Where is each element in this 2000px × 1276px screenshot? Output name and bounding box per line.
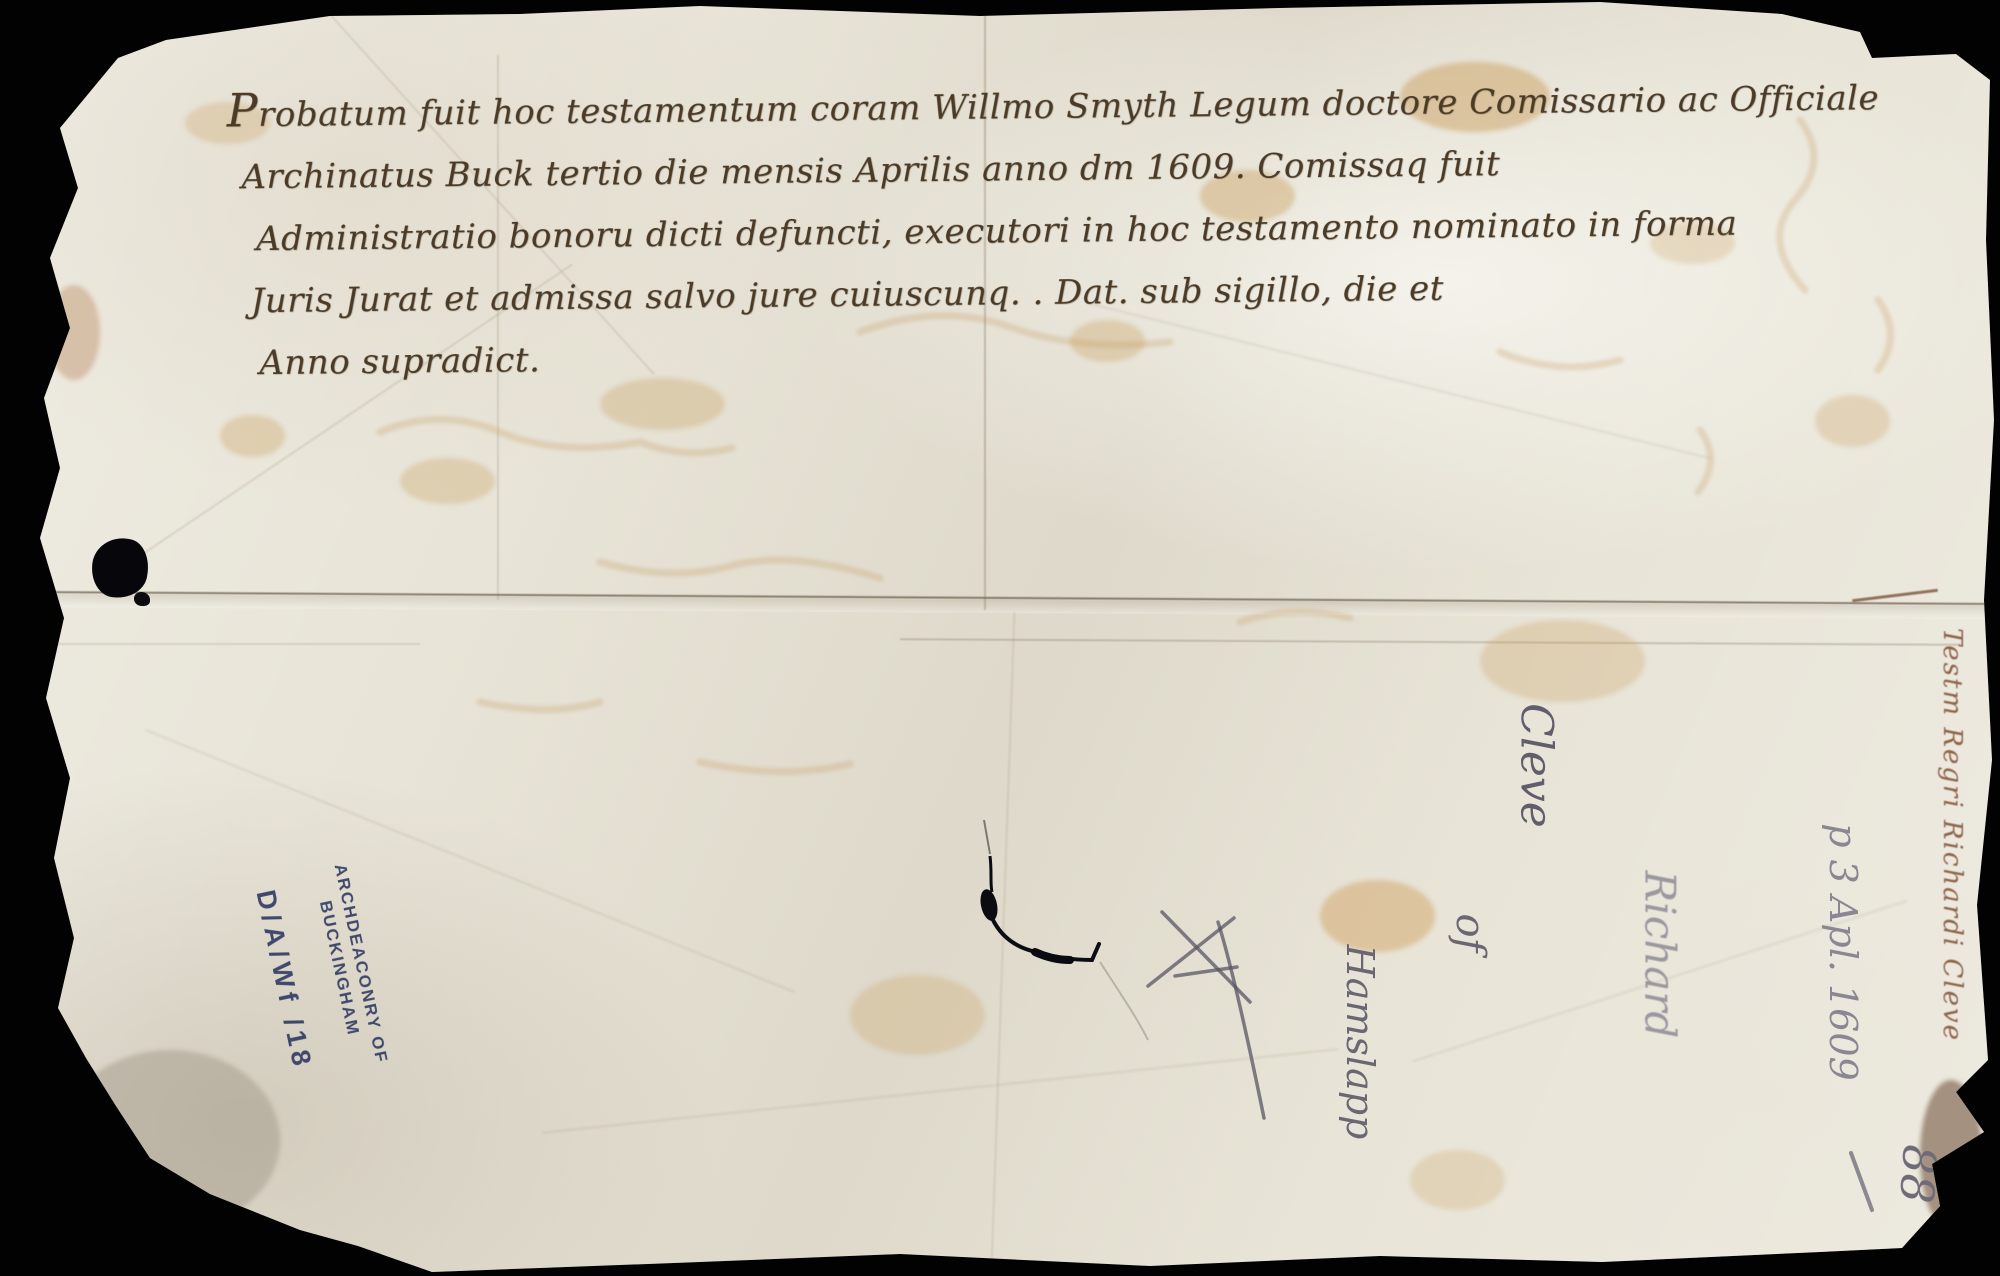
horizontal-fold-highlight: [0, 594, 2000, 619]
tear-crease-continuation: [1100, 962, 1148, 1040]
ink-stain: [1320, 880, 1435, 952]
corner-shading: [60, 1050, 280, 1230]
crease: [1412, 900, 1907, 1063]
tear-crack-lower: [992, 918, 1099, 960]
annotation-hamslapp: Hamslapp: [1338, 902, 1382, 1182]
manuscript-page: Probatum fuit hoc testamentum coram Will…: [0, 0, 2000, 1276]
manuscript-photo: Probatum fuit hoc testamentum coram Will…: [0, 0, 2000, 1276]
crease: [145, 729, 795, 993]
vertical-fold-lower: [991, 612, 1016, 1267]
probate-line-5: Anno supradict.: [259, 318, 1650, 395]
ink-stain: [1815, 395, 1890, 447]
edge-stain: [48, 285, 100, 380]
annotation-pencil-date: p 3 Apl. 1609: [1821, 762, 1865, 1142]
ink-stain: [400, 458, 495, 504]
ink-stain: [1410, 1150, 1505, 1210]
horizontal-fold-line: [28, 591, 1986, 605]
secondary-fold-line: [900, 638, 1960, 646]
tear-crack-wide: [1035, 952, 1070, 960]
annotation-richard: Richard: [1636, 795, 1685, 1115]
tear-crease: [984, 820, 990, 854]
ink-stain: [220, 415, 285, 457]
probate-clause: Probatum fuit hoc testamentum coram Will…: [226, 65, 1649, 395]
crossed-pencil-mark: [1148, 912, 1264, 1118]
ink-stain: [1480, 620, 1645, 702]
annotation-of: of: [1447, 898, 1493, 968]
secondary-fold-line-left: [0, 643, 420, 645]
crease: [542, 1048, 1338, 1134]
torn-corner-stain: [1920, 1080, 1982, 1230]
folio-slash-mark: [1851, 1153, 1872, 1210]
annotation-cleve: Cleve: [1511, 686, 1562, 846]
docket-flourish-dash: [1852, 589, 1938, 602]
tear-hole: [978, 888, 1000, 923]
ink-stain: [850, 975, 985, 1055]
annotation-ink-docket: Testm Regri Richardi Cleve: [1937, 575, 1967, 1095]
archive-stamp: ARCHDEACONRY OF BUCKINGHAM D/A/Wf /18: [244, 844, 397, 1101]
paper-hole-fragment: [134, 592, 150, 606]
tear-crack-upper: [990, 856, 992, 892]
annotation-folio-number: 88: [1888, 1127, 1948, 1221]
